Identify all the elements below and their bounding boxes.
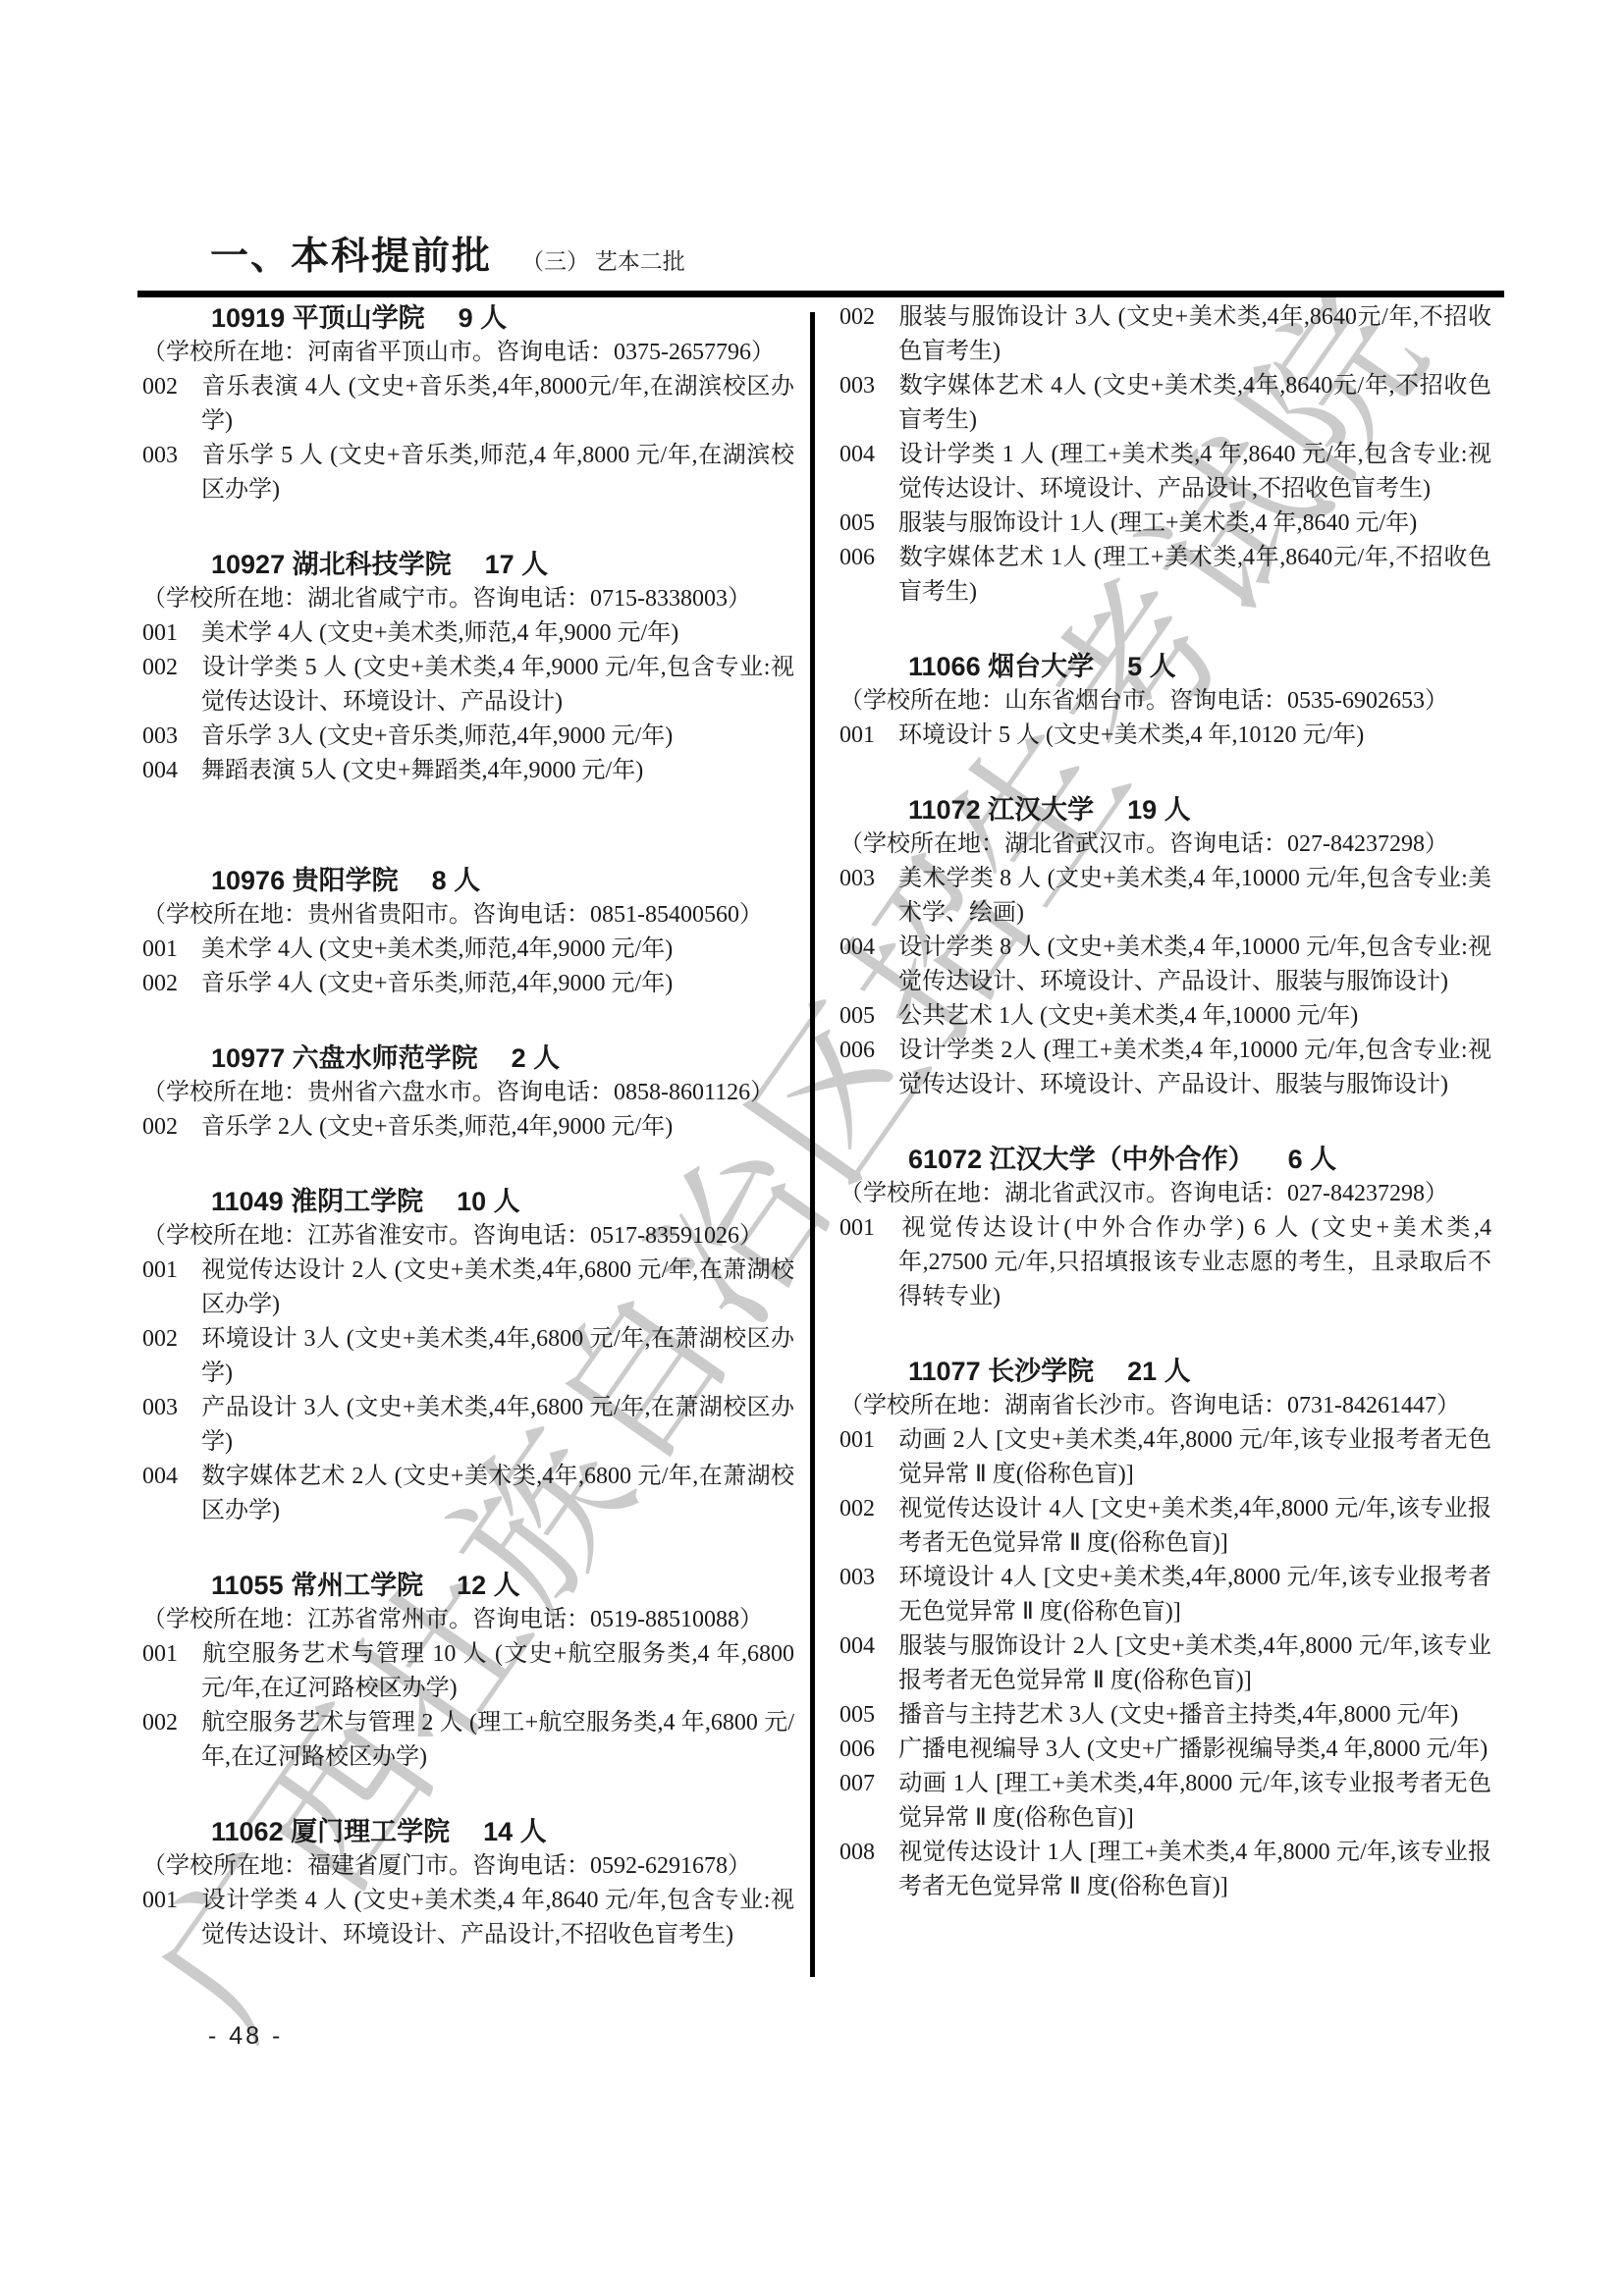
school-code: 11062 (211, 1817, 284, 1846)
program-line: 004设计学类 1 人 (理工+美术类,4 年,8640 元/年,包含专业:视觉… (839, 438, 1491, 507)
page-title: 一、本科提前批 (210, 236, 492, 278)
page-header: 一、本科提前批（三） 艺本二批 (210, 226, 685, 281)
school-location: （学校所在地：湖北省武汉市。咨询电话：027-84237298） (839, 1177, 1491, 1211)
program-number: 002 (839, 300, 898, 335)
program-line: 002服装与服饰设计 3人 (文史+美术类,4年,8640元/年,不招收色盲考生… (839, 300, 1491, 369)
program-line: 002航空服务艺术与管理 2 人 (理工+航空服务类,4 年,6800 元/年,… (142, 1706, 794, 1775)
school-heading: 10927 湖北科技学院17 人 (142, 547, 794, 582)
school-block: 11066 烟台大学5 人 （学校所在地：山东省烟台市。咨询电话：0535-69… (839, 649, 1491, 753)
school-name: 六盘水师范学院 (293, 1043, 478, 1073)
school-location: （学校所在地：湖北省武汉市。咨询电话：027-84237298） (839, 828, 1491, 862)
program-line: 005公共艺术 1人 (文史+美术类,4 年,10000 元/年) (839, 999, 1491, 1034)
school-count: 17 人 (485, 550, 549, 579)
program-list: 001环境设计 5 人 (文史+美术类,4 年,10120 元/年) (839, 719, 1491, 753)
school-location: （学校所在地：贵州省贵阳市。咨询电话：0851-85400560） (142, 898, 794, 933)
program-number: 005 (839, 999, 898, 1034)
school-heading: 10976 贵阳学院8 人 (142, 863, 794, 898)
school-location: （学校所在地：贵州省六盘水市。咨询电话：0858-8601126） (142, 1076, 794, 1110)
school-name: 江汉大学（中外合作） (990, 1145, 1255, 1174)
school-heading: 10919 平顶山学院9 人 (142, 300, 794, 336)
school-count: 10 人 (457, 1187, 520, 1216)
school-count: 6 人 (1288, 1145, 1337, 1174)
program-number: 005 (839, 507, 898, 541)
program-list: 001视觉传达设计(中外合作办学) 6 人 (文史+美术类,4 年,27500 … (839, 1211, 1491, 1314)
program-number: 004 (839, 438, 898, 472)
school-location: （学校所在地：湖北省咸宁市。咨询电话：0715-8338003） (142, 582, 794, 616)
school-heading: 10977 六盘水师范学院2 人 (142, 1041, 794, 1076)
program-line: 001设计学类 4 人 (文史+美术类,4 年,8640 元/年,包含专业:视觉… (142, 1884, 794, 1952)
program-line: 002音乐表演 4人 (文史+音乐类,4年,8000元/年,在湖滨校区办学) (142, 370, 794, 439)
program-number: 002 (142, 1706, 201, 1740)
program-list: 001设计学类 4 人 (文史+美术类,4 年,8640 元/年,包含专业:视觉… (142, 1884, 794, 1952)
program-number: 003 (839, 1561, 898, 1595)
program-number: 002 (142, 651, 201, 685)
school-location: （学校所在地：河南省平顶山市。咨询电话：0375-2657796） (142, 336, 794, 370)
program-number: 001 (839, 1423, 898, 1458)
school-block: 11072 江汉大学19 人 （学校所在地：湖北省武汉市。咨询电话：027-84… (839, 792, 1491, 1102)
program-number: 003 (142, 720, 201, 754)
program-line: 001美术学 4人 (文史+美术类,师范,4年,9000 元/年) (142, 933, 794, 967)
program-line: 008视觉传达设计 1人 [理工+美术类,4 年,8000 元/年,该专业报考者… (839, 1836, 1491, 1904)
program-line: 007动画 1人 [理工+美术类,4年,8000 元/年,该专业报考者无色觉异常… (839, 1767, 1491, 1836)
program-list: 001动画 2人 [文史+美术类,4年,8000 元/年,该专业报考者无色觉异常… (839, 1423, 1491, 1904)
program-line: 006设计学类 2人 (理工+美术类,4 年,10000 元/年,包含专业:视觉… (839, 1034, 1491, 1102)
school-name: 淮阴工学院 (291, 1187, 423, 1216)
program-line: 006广播电视编导 3人 (文史+广播影视编导类,4 年,8000 元/年) (839, 1733, 1491, 1767)
school-block: 10919 平顶山学院9 人 （学校所在地：河南省平顶山市。咨询电话：0375-… (142, 300, 794, 507)
school-location: （学校所在地：江苏省常州市。咨询电话：0519-88510088） (142, 1603, 794, 1637)
program-number: 001 (142, 1884, 201, 1918)
program-number: 006 (839, 1733, 898, 1767)
program-number: 008 (839, 1836, 898, 1870)
program-line: 002视觉传达设计 4人 [文史+美术类,4年,8000 元/年,该专业报考者无… (839, 1492, 1491, 1561)
program-number: 001 (142, 1254, 201, 1288)
program-number: 002 (142, 1110, 201, 1145)
school-heading: 11066 烟台大学5 人 (839, 649, 1491, 684)
program-line: 002设计学类 5 人 (文史+美术类,4 年,9000 元/年,包含专业:视觉… (142, 651, 794, 720)
program-list: 002音乐学 2人 (文史+音乐类,师范,4年,9000 元/年) (142, 1110, 794, 1145)
program-line: 001视觉传达设计(中外合作办学) 6 人 (文史+美术类,4 年,27500 … (839, 1211, 1491, 1314)
program-number: 003 (839, 862, 898, 896)
program-line: 003环境设计 4人 [文史+美术类,4年,8000 元/年,该专业报考者无色觉… (839, 1561, 1491, 1629)
school-name: 常州工学院 (291, 1571, 423, 1600)
school-count: 2 人 (512, 1043, 561, 1073)
program-line: 001航空服务艺术与管理 10 人 (文史+航空服务类,4 年,6800 元/年… (142, 1637, 794, 1706)
program-number: 001 (142, 616, 201, 651)
school-block: 11049 淮阴工学院10 人 （学校所在地：江苏省淮安市。咨询电话：0517-… (142, 1184, 794, 1528)
program-number: 006 (839, 1034, 898, 1068)
school-code: 10927 (211, 550, 285, 579)
school-count: 19 人 (1127, 795, 1191, 825)
school-block: 002服装与服饰设计 3人 (文史+美术类,4年,8640元/年,不招收色盲考生… (839, 300, 1491, 610)
program-number: 002 (142, 967, 201, 1001)
program-list: 001航空服务艺术与管理 10 人 (文史+航空服务类,4 年,6800 元/年… (142, 1637, 794, 1775)
school-location: （学校所在地：江苏省淮安市。咨询电话：0517-83591026） (142, 1219, 794, 1254)
program-line: 002音乐学 4人 (文史+音乐类,师范,4年,9000 元/年) (142, 967, 794, 1001)
school-count: 8 人 (432, 866, 481, 895)
school-count: 9 人 (459, 303, 508, 333)
program-line: 001视觉传达设计 2人 (文史+美术类,4年,6800 元/年,在萧湖校区办学… (142, 1254, 794, 1322)
page-number: - 48 - (208, 2022, 283, 2051)
program-number: 001 (839, 1211, 898, 1246)
header-rule (137, 291, 1504, 297)
school-heading: 11049 淮阴工学院10 人 (142, 1184, 794, 1219)
program-line: 004舞蹈表演 5人 (文史+舞蹈类,4年,9000 元/年) (142, 754, 794, 788)
school-code: 11066 (908, 652, 981, 681)
program-list: 001美术学 4人 (文史+美术类,师范,4年,9000 元/年)002音乐学 … (142, 933, 794, 1001)
program-line: 002环境设计 3人 (文史+美术类,4年,6800 元/年,在萧湖校区办学) (142, 1322, 794, 1391)
school-code: 10919 (211, 303, 285, 333)
program-line: 003美术学类 8 人 (文史+美术类,4 年,10000 元/年,包含专业:美… (839, 862, 1491, 931)
school-name: 江汉大学 (988, 795, 1094, 825)
school-block: 61072 江汉大学（中外合作）6 人 （学校所在地：湖北省武汉市。咨询电话：0… (839, 1142, 1491, 1314)
program-number: 004 (142, 754, 201, 788)
school-name: 长沙学院 (988, 1357, 1094, 1386)
school-name: 贵阳学院 (293, 866, 399, 895)
program-list: 002音乐表演 4人 (文史+音乐类,4年,8000元/年,在湖滨校区办学)00… (142, 370, 794, 507)
school-code: 11077 (908, 1357, 981, 1386)
program-list: 003美术学类 8 人 (文史+美术类,4 年,10000 元/年,包含专业:美… (839, 862, 1491, 1102)
school-heading: 11077 长沙学院21 人 (839, 1354, 1491, 1389)
school-location: （学校所在地：山东省烟台市。咨询电话：0535-6902653） (839, 684, 1491, 719)
school-heading: 11055 常州工学院12 人 (142, 1568, 794, 1603)
program-line: 003音乐学 5 人 (文史+音乐类,师范,4 年,8000 元/年,在湖滨校区… (142, 439, 794, 507)
page-subtitle: （三） 艺本二批 (521, 249, 685, 274)
school-block: 11077 长沙学院21 人 （学校所在地：湖南省长沙市。咨询电话：0731-8… (839, 1354, 1491, 1904)
program-list: 001美术学 4人 (文史+美术类,师范,4 年,9000 元/年)002设计学… (142, 616, 794, 788)
column-divider (810, 312, 815, 1977)
school-location: （学校所在地：福建省厦门市。咨询电话：0592-6291678） (142, 1849, 794, 1884)
school-code: 10976 (211, 866, 285, 895)
program-line: 003音乐学 3人 (文史+音乐类,师范,4年,9000 元/年) (142, 720, 794, 754)
school-count: 5 人 (1127, 652, 1176, 681)
program-line: 001美术学 4人 (文史+美术类,师范,4 年,9000 元/年) (142, 616, 794, 651)
school-block: 11062 厦门理工学院14 人 （学校所在地：福建省厦门市。咨询电话：0592… (142, 1814, 794, 1952)
school-block: 10977 六盘水师范学院2 人 （学校所在地：贵州省六盘水市。咨询电话：085… (142, 1041, 794, 1145)
program-number: 001 (839, 719, 898, 753)
school-count: 12 人 (457, 1571, 520, 1600)
school-count: 14 人 (483, 1817, 547, 1846)
program-number: 003 (839, 369, 898, 403)
program-line: 006数字媒体艺术 1人 (理工+美术类,4年,8640元/年,不招收色盲考生) (839, 541, 1491, 610)
program-number: 004 (142, 1460, 201, 1494)
school-heading: 11062 厦门理工学院14 人 (142, 1814, 794, 1849)
program-line: 003数字媒体艺术 4人 (文史+美术类,4年,8640元/年,不招收色盲考生) (839, 369, 1491, 438)
program-number: 002 (839, 1492, 898, 1526)
program-number: 004 (839, 931, 898, 965)
program-line: 002音乐学 2人 (文史+音乐类,师范,4年,9000 元/年) (142, 1110, 794, 1145)
program-line: 004设计学类 8 人 (文史+美术类,4 年,10000 元/年,包含专业:视… (839, 931, 1491, 999)
school-name: 厦门理工学院 (291, 1817, 450, 1846)
program-line: 004服装与服饰设计 2人 [文史+美术类,4年,8000 元/年,该专业报考者… (839, 1629, 1491, 1698)
school-code: 11072 (908, 795, 981, 825)
school-block: 10976 贵阳学院8 人 （学校所在地：贵州省贵阳市。咨询电话：0851-85… (142, 863, 794, 1001)
program-number: 006 (839, 541, 898, 575)
school-heading: 61072 江汉大学（中外合作）6 人 (839, 1142, 1491, 1177)
program-list: 001视觉传达设计 2人 (文史+美术类,4年,6800 元/年,在萧湖校区办学… (142, 1254, 794, 1528)
program-number: 003 (142, 439, 201, 473)
school-code: 61072 (908, 1145, 982, 1174)
document-page: 广西壮族自治区招生考试院 一、本科提前批（三） 艺本二批 10919 平顶山学院… (0, 0, 1624, 2296)
program-number: 007 (839, 1767, 898, 1801)
program-line: 004数字媒体艺术 2人 (文史+美术类,4年,6800 元/年,在萧湖校区办学… (142, 1460, 794, 1528)
program-number: 004 (839, 1629, 898, 1664)
program-line: 005播音与主持艺术 3人 (文史+播音主持类,4年,8000 元/年) (839, 1698, 1491, 1733)
school-block: 10927 湖北科技学院17 人 （学校所在地：湖北省咸宁市。咨询电话：0715… (142, 547, 794, 788)
program-line: 003产品设计 3人 (文史+美术类,4年,6800 元/年,在萧湖校区办学) (142, 1391, 794, 1460)
school-code: 11049 (211, 1187, 284, 1216)
right-column: 002服装与服饰设计 3人 (文史+美术类,4年,8640元/年,不招收色盲考生… (839, 300, 1491, 1904)
program-line: 001环境设计 5 人 (文史+美术类,4 年,10120 元/年) (839, 719, 1491, 753)
school-block: 11055 常州工学院12 人 （学校所在地：江苏省常州市。咨询电话：0519-… (142, 1568, 794, 1775)
program-number: 002 (142, 1322, 201, 1357)
school-code: 10977 (211, 1043, 285, 1073)
program-line: 005服装与服饰设计 1人 (理工+美术类,4 年,8640 元/年) (839, 507, 1491, 541)
program-number: 005 (839, 1698, 898, 1733)
left-column: 10919 平顶山学院9 人 （学校所在地：河南省平顶山市。咨询电话：0375-… (142, 300, 794, 1952)
school-name: 湖北科技学院 (293, 550, 452, 579)
school-code: 11055 (211, 1571, 284, 1600)
program-number: 003 (142, 1391, 201, 1425)
school-name: 烟台大学 (988, 652, 1094, 681)
school-heading: 11072 江汉大学19 人 (839, 792, 1491, 828)
school-location: （学校所在地：湖南省长沙市。咨询电话：0731-84261447） (839, 1389, 1491, 1423)
program-number: 001 (142, 1637, 201, 1672)
program-list: 002服装与服饰设计 3人 (文史+美术类,4年,8640元/年,不招收色盲考生… (839, 300, 1491, 610)
program-number: 001 (142, 933, 201, 967)
program-line: 001动画 2人 [文史+美术类,4年,8000 元/年,该专业报考者无色觉异常… (839, 1423, 1491, 1492)
school-count: 21 人 (1127, 1357, 1191, 1386)
school-name: 平顶山学院 (293, 303, 425, 333)
program-number: 002 (142, 370, 201, 404)
